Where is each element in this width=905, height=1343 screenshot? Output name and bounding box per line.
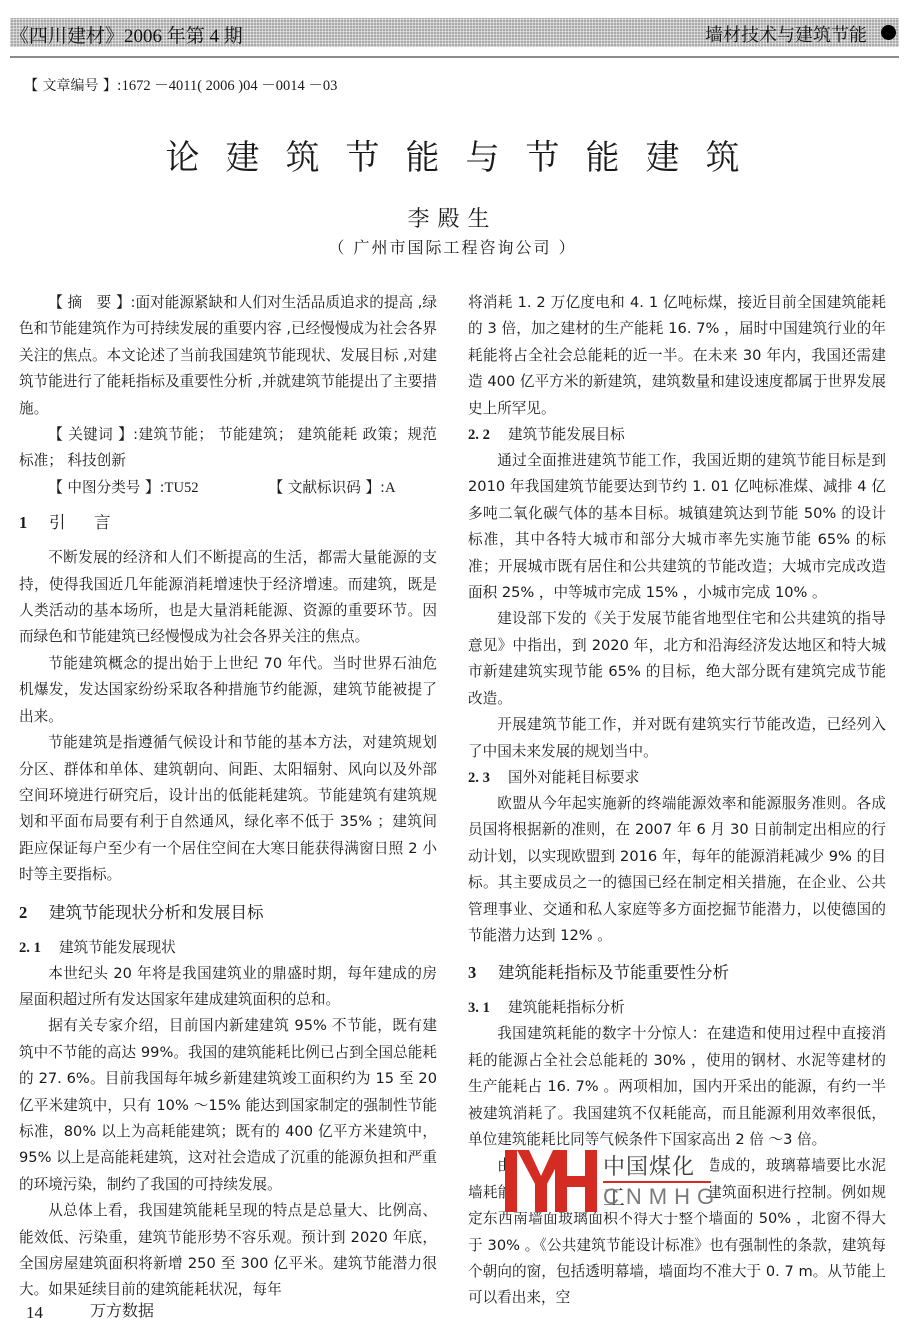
paragraph: 我国建筑耗能的数字十分惊人：在建造和使用过程中直接消耗的能源占全社会总能耗的 3…: [468, 1021, 886, 1153]
keywords-label: 【 关键词 】:: [48, 426, 138, 443]
source-watermark: 万方数据: [90, 1298, 154, 1321]
author-name: 李殿生: [0, 202, 905, 233]
paragraph: 欧盟从今年起实施新的终端能源效率和能源服务准则。各成员国将根据新的准则，在 20…: [468, 791, 886, 949]
article-number: 【 文章编号 】:1672 －4011( 2006 )04 －0014 －03: [24, 74, 337, 95]
abstract-text: 面对能源紧缺和人们对生活品质追求的提高 ,绿色和节能建筑作为可持续发展的重要内容…: [19, 294, 437, 417]
journal-issue: 《四川建材》2006 年第 4 期: [10, 21, 243, 48]
paragraph: 建设部下发的《关于发展节能省地型住宅和公共建筑的指导意见》中指出，到 2020 …: [468, 606, 886, 712]
page-number: 14: [26, 1303, 43, 1323]
cnmhg-logo-icon: [505, 1150, 597, 1212]
bullet-dot-icon: [881, 25, 896, 40]
watermark-rule: [603, 1181, 711, 1183]
keywords: 【 关键词 】:建筑节能； 节能建筑； 建筑能耗 政策；规范标准； 科技创新: [19, 422, 437, 475]
paragraph: 据有关专家介绍，目前国内新建建筑 95% 不节能，既有建筑中不节能的高达 99%…: [19, 1013, 437, 1198]
clc-label: 【 中图分类号 】:: [48, 479, 164, 496]
paragraph: 节能建筑概念的提出始于上世纪 70 年代。当时世界石油危机爆发，发达国家纷纷采取…: [19, 651, 437, 730]
subsection-heading-2-1: 2. 1建筑节能发展现状: [19, 935, 437, 961]
paragraph-continued: 将消耗 1. 2 万亿度电和 4. 1 亿吨标煤，接近目前全国建筑能耗的 3 倍…: [468, 290, 886, 422]
article-number-label: 【 文章编号 】:: [24, 78, 122, 94]
section-heading-1: 1引 言: [19, 509, 437, 537]
watermark-english-text: CNMHG: [603, 1184, 721, 1210]
paragraph: 节能建筑是指遵循气候设计和节能的基本方法，对建筑规划分区、群体和单体、建筑朝向、…: [19, 730, 437, 888]
header-divider: [10, 56, 899, 58]
paragraph: 开展建筑节能工作，并对既有建筑实行节能改造，已经列入了中国未来发展的规划当中。: [468, 712, 886, 765]
paper-title: 论建筑节能与节能建筑: [0, 130, 905, 179]
section-heading-3: 3建筑能耗指标及节能重要性分析: [468, 959, 886, 987]
paragraph: 不断发展的经济和人们不断提高的生活，都需大量能源的支持，使得我国近几年能源消耗增…: [19, 545, 437, 651]
section-heading-2: 2建筑节能现状分析和发展目标: [19, 899, 437, 927]
subsection-heading-2-2: 2. 2建筑节能发展目标: [468, 422, 886, 448]
clc-value: TU52: [165, 480, 199, 496]
author-affiliation: （ 广州市国际工程咨询公司 ）: [0, 235, 905, 258]
subsection-heading-3-1: 3. 1建筑能耗指标分析: [468, 995, 886, 1021]
section-name: 墙材技术与建筑节能: [705, 21, 867, 47]
subsection-heading-2-3: 2. 3国外对能耗目标要求: [468, 765, 886, 791]
doc-code-value: A: [385, 480, 396, 496]
paragraph: 通过全面推进建筑节能工作，我国近期的建筑节能目标是到 2010 年我国建筑节能要…: [468, 448, 886, 606]
abstract-label: 【 摘 要 】:: [48, 294, 135, 311]
classification: 【 中图分类号 】:TU52【 文献标识码 】:A: [19, 475, 437, 501]
paragraph: 本世纪头 20 年将是我国建筑业的鼎盛时期，每年建成的房屋面积超过所有发达国家年…: [19, 961, 437, 1014]
left-column: 【 摘 要 】:面对能源紧缺和人们对生活品质追求的提高 ,绿色和节能建筑作为可持…: [19, 290, 437, 1304]
abstract: 【 摘 要 】:面对能源紧缺和人们对生活品质追求的提高 ,绿色和节能建筑作为可持…: [19, 290, 437, 422]
article-number-value: 1672 －4011( 2006 )04 －0014 －03: [122, 78, 338, 94]
watermark-logo: 中国煤化工 CNMHG: [505, 1150, 710, 1212]
doc-code-label: 【 文献标识码 】:: [269, 479, 385, 496]
paragraph: 从总体上看，我国建筑能耗呈现的特点是总量大、比例高、能效低、污染重，建筑节能形势…: [19, 1198, 437, 1304]
